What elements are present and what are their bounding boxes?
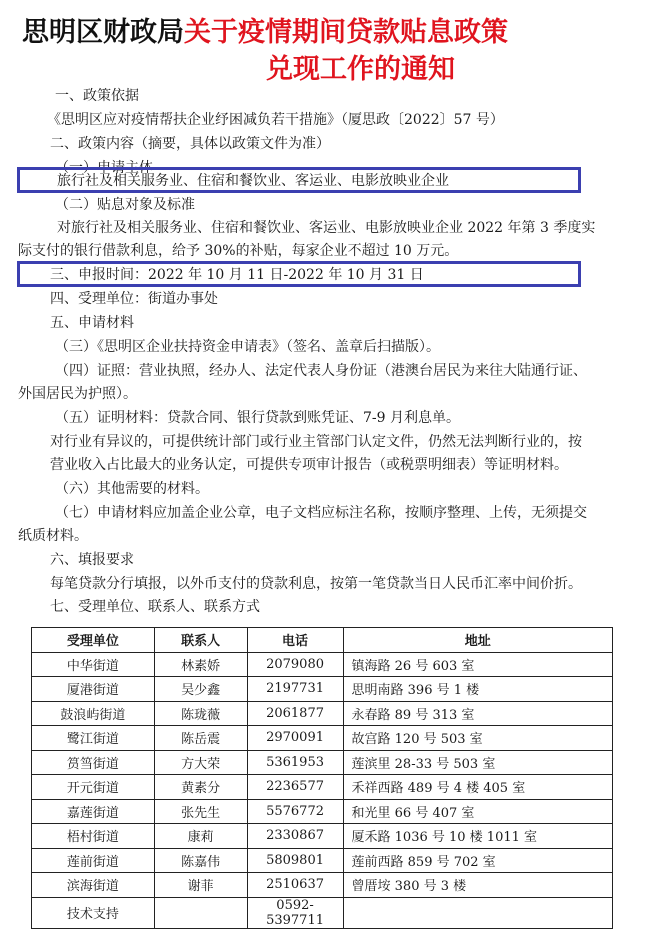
section-5-item5: （五）证明材料：贷款合同、银行贷款到账凭证、7-9 月利息单。: [55, 408, 460, 428]
cell-phone: 5576772: [247, 799, 343, 824]
cell-address: [343, 897, 612, 928]
document-title-line2: 兑现工作的通知: [266, 52, 455, 88]
section-5-item4-line2: 外国居民为护照）。: [18, 384, 137, 404]
table-row: 鹭江街道 陈岳震 2970091 故宫路 120 号 503 室: [32, 726, 613, 751]
section-2-heading: 二、政策内容（摘要，具体以政策文件为准）: [50, 134, 330, 154]
cell-phone: 2236577: [247, 775, 343, 800]
cell-unit: 嘉莲街道: [32, 799, 155, 824]
cell-unit: 梧村街道: [32, 824, 155, 849]
cell-phone: 5361953: [247, 750, 343, 775]
section-1-heading: 一、政策依据: [55, 86, 139, 106]
contacts-table: 受理单位 联系人 电话 地址 中华街道 林素娇 2079080 镇海路 26 号…: [31, 627, 613, 929]
cell-address: 永春路 89 号 313 室: [343, 701, 612, 726]
cell-contact: 张先生: [154, 799, 247, 824]
cell-unit: 筼筜街道: [32, 750, 155, 775]
section-6-heading: 六、填报要求: [50, 550, 134, 570]
cell-unit: 莲前街道: [32, 848, 155, 873]
cell-contact: 吴少鑫: [154, 677, 247, 702]
table-row: 嘉莲街道 张先生 5576772 和光里 66 号 407 室: [32, 799, 613, 824]
title-subject: 关于疫情期间贷款贴息政策: [184, 17, 508, 48]
cell-phone: 2197731: [247, 677, 343, 702]
header-phone: 电话: [247, 628, 343, 653]
cell-address: 镇海路 26 号 603 室: [343, 652, 612, 677]
table-row: 莲前街道 陈嘉伟 5809801 莲前西路 859 号 702 室: [32, 848, 613, 873]
cell-unit: 开元街道: [32, 775, 155, 800]
section-2-sub2-text-2: 际支付的银行借款利息，给予 30%的补贴，每家企业不超过 10 万元。: [18, 241, 458, 261]
cell-phone: 5809801: [247, 848, 343, 873]
table-row: 梧村街道 康莉 2330867 厦禾路 1036 号 10 楼 1011 室: [32, 824, 613, 849]
cell-contact: 陈珑薇: [154, 701, 247, 726]
cell-unit: 技术支持: [32, 897, 155, 928]
header-address: 地址: [343, 628, 612, 653]
table-row: 鼓浪屿街道 陈珑薇 2061877 永春路 89 号 313 室: [32, 701, 613, 726]
cell-address: 和光里 66 号 407 室: [343, 799, 612, 824]
cell-phone: 0592-5397711: [247, 897, 343, 928]
section-2-sub1-text: 旅行社及相关服务业、住宿和餐饮业、客运业、电影放映业企业: [57, 171, 449, 191]
cell-address: 厦禾路 1036 号 10 楼 1011 室: [343, 824, 612, 849]
section-5-note-line1: 对行业有异议的，可提供统计部门或行业主管部门认定文件，仍然无法判断行业的，按: [50, 432, 582, 452]
cell-address: 思明南路 396 号 1 楼: [343, 677, 612, 702]
cell-contact: 林素娇: [154, 652, 247, 677]
table-row: 筼筜街道 方大荣 5361953 莲滨里 28-33 号 503 室: [32, 750, 613, 775]
section-4-text: 四、受理单位：街道办事处: [50, 289, 218, 309]
cell-unit: 中华街道: [32, 652, 155, 677]
cell-contact: 谢菲: [154, 873, 247, 898]
cell-contact: 陈岳震: [154, 726, 247, 751]
cell-phone: 2061877: [247, 701, 343, 726]
cell-unit: 鹭江街道: [32, 726, 155, 751]
cell-contact: 陈嘉伟: [154, 848, 247, 873]
cell-contact: [154, 897, 247, 928]
section-1-text: 《思明区应对疫情帮扶企业纾困减负若干措施》（厦思政〔2022〕57 号）: [47, 110, 504, 130]
section-7-heading: 七、受理单位、联系人、联系方式: [50, 597, 260, 617]
cell-address: 故宫路 120 号 503 室: [343, 726, 612, 751]
section-3-deadline: 三、申报时间：2022 年 10 月 11 日-2022 年 10 月 31 日: [50, 265, 424, 285]
table-header-row: 受理单位 联系人 电话 地址: [32, 628, 613, 653]
section-2-sub2-text-1: 对旅行社及相关服务业、住宿和餐饮业、客运业、电影放映业企业 2022 年第 3 …: [57, 218, 595, 238]
table-row: 滨海街道 谢菲 2510637 曾厝垵 380 号 3 楼: [32, 873, 613, 898]
section-5-item3: （三）《思明区企业扶持资金申请表》（签名、盖章后扫描版）。: [55, 337, 440, 357]
table-row: 中华街道 林素娇 2079080 镇海路 26 号 603 室: [32, 652, 613, 677]
header-contact: 联系人: [154, 628, 247, 653]
cell-phone: 2079080: [247, 652, 343, 677]
section-5-item7-line2: 纸质材料。: [18, 526, 88, 546]
section-5-item6: （六）其他需要的材料。: [55, 479, 209, 499]
cell-contact: 方大荣: [154, 750, 247, 775]
table-row: 技术支持 0592-5397711: [32, 897, 613, 928]
section-2-sub2-heading: （二）贴息对象及标准: [55, 195, 195, 215]
cell-contact: 康莉: [154, 824, 247, 849]
cell-phone: 2510637: [247, 873, 343, 898]
section-5-item4-line1: （四）证照：营业执照，经办人、法定代表人身份证（港澳台居民为来往大陆通行证、: [55, 361, 587, 381]
section-5-note-line2: 营业收入占比最大的业务认定，可提供专项审计报告（或税票明细表）等证明材料。: [50, 455, 568, 475]
title-issuer: 思明区财政局: [22, 17, 184, 48]
table-row: 开元街道 黄素分 2236577 禾祥西路 489 号 4 楼 405 室: [32, 775, 613, 800]
cell-phone: 2970091: [247, 726, 343, 751]
table-row: 厦港街道 吴少鑫 2197731 思明南路 396 号 1 楼: [32, 677, 613, 702]
cell-unit: 厦港街道: [32, 677, 155, 702]
section-5-item7-line1: （七）申请材料应加盖企业公章，电子文档应标注名称，按顺序整理、上传，无须提交: [55, 503, 587, 523]
document-title-line1: 思明区财政局关于疫情期间贷款贴息政策: [22, 15, 508, 51]
cell-unit: 鼓浪屿街道: [32, 701, 155, 726]
cell-unit: 滨海街道: [32, 873, 155, 898]
cell-address: 禾祥西路 489 号 4 楼 405 室: [343, 775, 612, 800]
cell-address: 莲滨里 28-33 号 503 室: [343, 750, 612, 775]
cell-phone: 2330867: [247, 824, 343, 849]
section-6-text: 每笔贷款分行填报，以外币支付的贷款利息，按第一笔贷款当日人民币汇率中间价折。: [50, 574, 582, 594]
cell-contact: 黄素分: [154, 775, 247, 800]
header-unit: 受理单位: [32, 628, 155, 653]
cell-address: 曾厝垵 380 号 3 楼: [343, 873, 612, 898]
section-5-heading: 五、申请材料: [50, 313, 134, 333]
cell-address: 莲前西路 859 号 702 室: [343, 848, 612, 873]
